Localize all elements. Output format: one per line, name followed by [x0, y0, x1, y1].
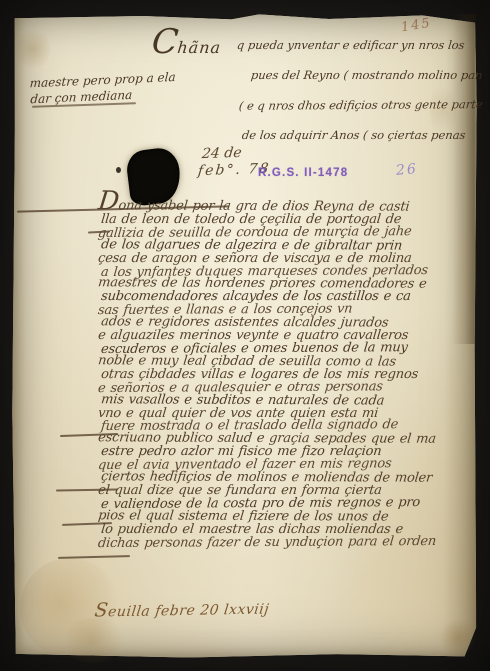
pencil-number: 26	[395, 161, 418, 179]
summary-note-line: de los adquirir Anos ( so çiertas penas	[240, 120, 479, 150]
summary-note-line: q pueda ynventar e edificar yn nros los	[235, 30, 479, 60]
photograph-background: 145 Chãna q pueda ynventar e edificar yn…	[0, 0, 490, 671]
place-date-line: Seuilla febre 20 lxxviij	[93, 596, 270, 621]
body-text-line: dichas personas fazer de su ynduçion par…	[97, 535, 446, 550]
ink-fleck	[116, 167, 121, 173]
summary-note-line: ( e q nros dhos edifiçios otros gente pa…	[237, 89, 479, 121]
summary-note: q pueda ynventar e edificar yn nros losp…	[237, 30, 477, 150]
chancery-heading: Chãna	[150, 22, 224, 62]
body-text-block: Dona ysabel por la gra de dios Reyna de …	[98, 196, 446, 549]
margin-note: maestre pero prop a eladar çon mediana	[29, 69, 180, 108]
summary-note-line: pues del Reyno ( mostrando molino pan	[249, 60, 479, 90]
archive-registry-stamp: R.G.S. II-1478	[258, 167, 348, 179]
